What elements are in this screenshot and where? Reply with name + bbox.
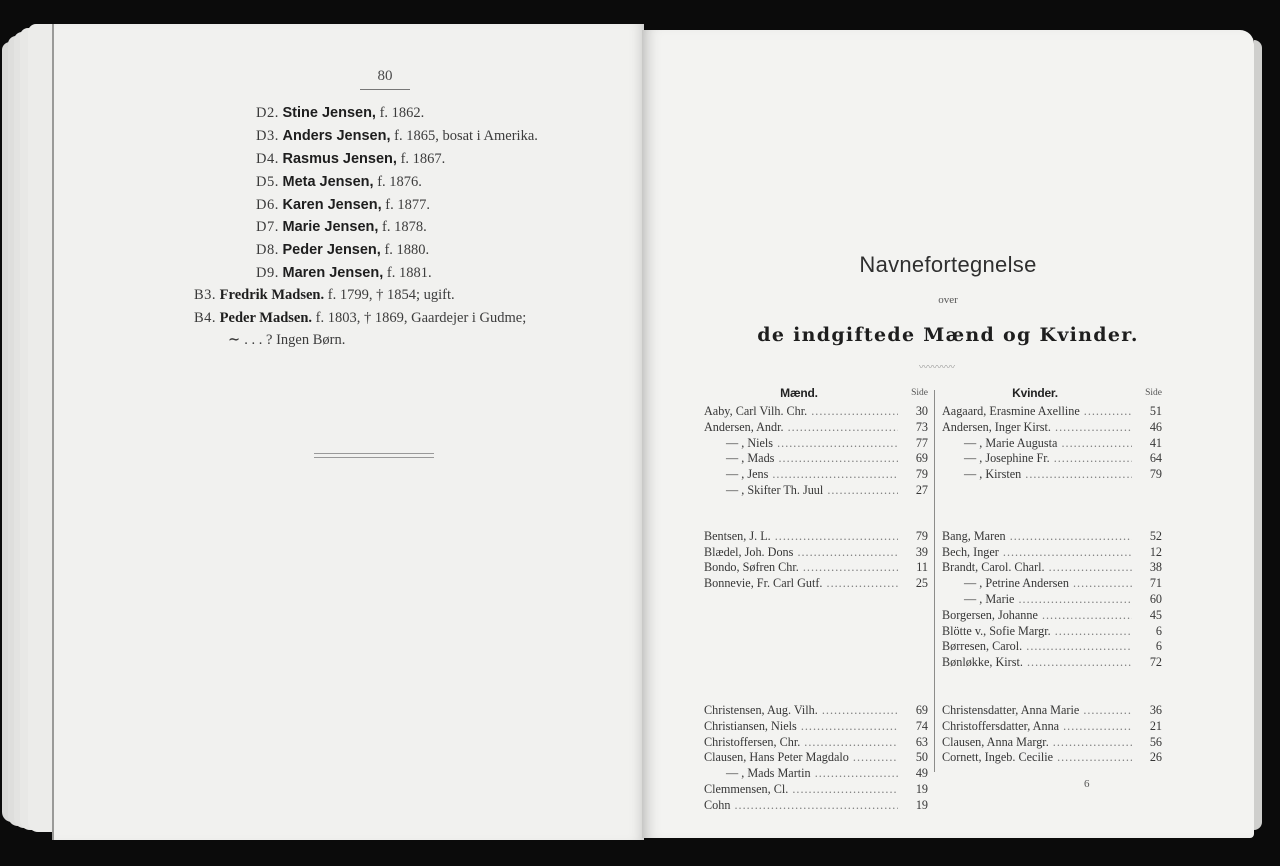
index-row: Christoffersen, Chr.63 (704, 735, 928, 751)
entry-code: D5. (256, 174, 279, 190)
entry-detail: . . . ? Ingen Børn. (241, 332, 346, 348)
index-row: Bonnevie, Fr. Carl Gutf.25 (704, 576, 928, 592)
index-page: 11 (898, 560, 928, 576)
index-page: 21 (1132, 719, 1162, 735)
index-name: Christoffersen, Chr. (704, 735, 898, 751)
index-page: 77 (898, 436, 928, 452)
index-row: — , Jens79 (704, 467, 928, 483)
genealogy-entry: D3. Anders Jensen, f. 1865, bosat i Amer… (256, 127, 538, 145)
index-page: 12 (1132, 545, 1162, 561)
index-name: Bønløkke, Kirst. (942, 655, 1132, 671)
index-name: Clemmensen, Cl. (704, 782, 898, 798)
index-page: 19 (898, 782, 928, 798)
index-page: 69 (898, 703, 928, 719)
index-page: 79 (898, 529, 928, 545)
entry-detail: f. 1881. (383, 265, 431, 281)
index-row: Clemmensen, Cl.19 (704, 782, 928, 798)
index-row: — , Marie60 (942, 592, 1162, 608)
index-row: Clausen, Anna Margr.56 (942, 735, 1162, 751)
index-row: — , Mads Martin49 (704, 766, 928, 782)
index-title-over: over (642, 294, 1254, 306)
entry-code: D8. (256, 242, 279, 258)
index-name: Bondo, Søfren Chr. (704, 560, 898, 576)
entry-name: Rasmus Jensen, (282, 151, 396, 167)
index-page: 41 (1132, 436, 1162, 452)
index-row: — , Josephine Fr.64 (942, 451, 1162, 467)
index-name: — , Marie (942, 592, 1132, 608)
index-row: Aagaard, Erasmine Axelline51 (942, 404, 1162, 420)
index-name: — , Jens (704, 467, 898, 483)
entry-code: D6. (256, 197, 279, 213)
index-name: Bonnevie, Fr. Carl Gutf. (704, 576, 898, 592)
entry-detail: f. 1865, bosat i Amerika. (390, 128, 537, 144)
men-heading: Mænd. (704, 386, 894, 400)
index-row: Bønløkke, Kirst.72 (942, 655, 1162, 671)
index-name: Andersen, Andr. (704, 420, 898, 436)
index-row: Brandt, Carol. Charl.38 (942, 560, 1162, 576)
entry-name: Stine Jensen, (282, 105, 375, 121)
entry-code: B4. (194, 310, 216, 326)
entry-name: Anders Jensen, (282, 128, 390, 144)
index-row: Blötte v., Sofie Margr.6 (942, 624, 1162, 640)
entry-detail: f. 1880. (381, 242, 429, 258)
index-row: — , Mads69 (704, 451, 928, 467)
index-name: Cohn (704, 798, 898, 814)
index-name: — , Kirsten (942, 467, 1132, 483)
index-page: 19 (898, 798, 928, 814)
index-page: 46 (1132, 420, 1162, 436)
genealogy-entry: D8. Peder Jensen, f. 1880. (256, 241, 429, 259)
index-page: 50 (898, 750, 928, 766)
entry-detail: f. 1878. (378, 219, 426, 235)
index-row: Bondo, Søfren Chr.11 (704, 560, 928, 576)
entry-detail: f. 1803, † 1869, Gaardejer i Gudme; (312, 310, 526, 326)
index-name: Blædel, Joh. Dons (704, 545, 898, 561)
index-row: — , Niels77 (704, 436, 928, 452)
index-row: — , Kirsten79 (942, 467, 1162, 483)
index-name: Clausen, Anna Margr. (942, 735, 1132, 751)
genealogy-entry: ∼ . . . ? Ingen Børn. (228, 331, 345, 349)
index-page: 30 (898, 404, 928, 420)
index-name: Christiansen, Niels (704, 719, 898, 735)
column-header: Kvinder. Side (942, 386, 1162, 404)
index-page: 27 (898, 483, 928, 499)
genealogy-entry: D9. Maren Jensen, f. 1881. (256, 264, 432, 282)
index-row: Andersen, Inger Kirst.46 (942, 420, 1162, 436)
index-name: — , Skifter Th. Juul (704, 483, 898, 499)
index-row: Børresen, Carol.6 (942, 639, 1162, 655)
signature-mark: 6 (1084, 778, 1090, 790)
index-page: 51 (1132, 404, 1162, 420)
index-name: Clausen, Hans Peter Magdalo (704, 750, 898, 766)
index-row: — , Petrine Andersen71 (942, 576, 1162, 592)
entry-name: Peder Madsen. (220, 310, 312, 326)
index-name: Bang, Maren (942, 529, 1132, 545)
ornament-rule: 〰〰〰〰 (912, 364, 962, 370)
entry-code: D3. (256, 128, 279, 144)
index-page: 36 (1132, 703, 1162, 719)
column-divider (934, 390, 935, 772)
entry-code: D4. (256, 151, 279, 167)
entry-name: Maren Jensen, (282, 265, 383, 281)
section-divider (314, 453, 434, 458)
page-number: 80 (360, 68, 410, 90)
index-name: — , Petrine Andersen (942, 576, 1132, 592)
married-symbol: ∼ (228, 332, 241, 348)
index-name: Christoffersdatter, Anna (942, 719, 1132, 735)
index-subtitle: de indgiftede Mænd og Kvinder. (642, 324, 1254, 346)
index-page: 79 (898, 467, 928, 483)
entry-code: B3. (194, 287, 216, 303)
index-name: Aagaard, Erasmine Axelline (942, 404, 1132, 420)
men-index-column: Mænd. Side Aaby, Carl Vilh. Chr.30 Ander… (704, 386, 928, 814)
index-page: 79 (1132, 467, 1162, 483)
entry-code: D9. (256, 265, 279, 281)
index-row: Bech, Inger12 (942, 545, 1162, 561)
index-row: Christiansen, Niels74 (704, 719, 928, 735)
index-page: 72 (1132, 655, 1162, 671)
entry-name: Meta Jensen, (282, 174, 373, 190)
index-name: Børresen, Carol. (942, 639, 1132, 655)
entry-detail: f. 1877. (382, 197, 430, 213)
index-page: 52 (1132, 529, 1162, 545)
index-page: 6 (1132, 639, 1162, 655)
entry-name: Karen Jensen, (282, 197, 381, 213)
index-row: Cohn19 (704, 798, 928, 814)
index-page: 38 (1132, 560, 1162, 576)
genealogy-entry: B4. Peder Madsen. f. 1803, † 1869, Gaard… (194, 309, 526, 327)
genealogy-entry: D6. Karen Jensen, f. 1877. (256, 196, 430, 214)
side-label: Side (911, 388, 928, 398)
index-name: Borgersen, Johanne (942, 608, 1132, 624)
index-row: Blædel, Joh. Dons39 (704, 545, 928, 561)
index-name: Cornett, Ingeb. Cecilie (942, 750, 1132, 766)
index-page: 74 (898, 719, 928, 735)
entry-detail: f. 1867. (397, 151, 445, 167)
index-name: — , Josephine Fr. (942, 451, 1132, 467)
index-page: 56 (1132, 735, 1162, 751)
index-page: 45 (1132, 608, 1162, 624)
genealogy-entry: D5. Meta Jensen, f. 1876. (256, 173, 422, 191)
right-page: Navnefortegnelse over de indgiftede Mænd… (642, 30, 1254, 838)
index-page: 63 (898, 735, 928, 751)
genealogy-entry: B3. Fredrik Madsen. f. 1799, † 1854; ugi… (194, 286, 455, 304)
index-page: 73 (898, 420, 928, 436)
index-page: 60 (1132, 592, 1162, 608)
genealogy-entry: D2. Stine Jensen, f. 1862. (256, 104, 424, 122)
index-page: 39 (898, 545, 928, 561)
index-page: 49 (898, 766, 928, 782)
index-row: — , Skifter Th. Juul27 (704, 483, 928, 499)
genealogy-entry: D7. Marie Jensen, f. 1878. (256, 218, 427, 236)
index-title: Navnefortegnelse (642, 252, 1254, 278)
genealogy-entry: D4. Rasmus Jensen, f. 1867. (256, 150, 445, 168)
entry-detail: f. 1799, † 1854; ugift. (324, 287, 455, 303)
entry-code: D2. (256, 105, 279, 121)
index-name: Christensdatter, Anna Marie (942, 703, 1132, 719)
index-row: Aaby, Carl Vilh. Chr.30 (704, 404, 928, 420)
index-name: Christensen, Aug. Vilh. (704, 703, 898, 719)
index-page: 69 (898, 451, 928, 467)
index-row: Christensen, Aug. Vilh.69 (704, 703, 928, 719)
index-row: — , Marie Augusta41 (942, 436, 1162, 452)
entry-code: D7. (256, 219, 279, 235)
index-page: 25 (898, 576, 928, 592)
entry-detail: f. 1876. (374, 174, 422, 190)
index-row: Clausen, Hans Peter Magdalo50 (704, 750, 928, 766)
index-name: — , Mads (704, 451, 898, 467)
index-name: Bech, Inger (942, 545, 1132, 561)
index-name: Blötte v., Sofie Margr. (942, 624, 1132, 640)
index-name: Aaby, Carl Vilh. Chr. (704, 404, 898, 420)
index-name: Brandt, Carol. Charl. (942, 560, 1132, 576)
index-row: Bentsen, J. L.79 (704, 529, 928, 545)
index-row: Cornett, Ingeb. Cecilie26 (942, 750, 1162, 766)
index-page: 64 (1132, 451, 1162, 467)
entry-name: Peder Jensen, (282, 242, 380, 258)
index-name: Bentsen, J. L. (704, 529, 898, 545)
index-page: 6 (1132, 624, 1162, 640)
index-name: — , Mads Martin (704, 766, 898, 782)
entry-name: Marie Jensen, (282, 219, 378, 235)
women-heading: Kvinder. (942, 386, 1128, 400)
index-row: Christoffersdatter, Anna21 (942, 719, 1162, 735)
index-page: 71 (1132, 576, 1162, 592)
left-page: 80 D2. Stine Jensen, f. 1862. D3. Anders… (52, 24, 644, 840)
index-row: Bang, Maren52 (942, 529, 1162, 545)
index-name: — , Niels (704, 436, 898, 452)
side-label: Side (1145, 388, 1162, 398)
index-name: Andersen, Inger Kirst. (942, 420, 1132, 436)
entry-detail: f. 1862. (376, 105, 424, 121)
column-header: Mænd. Side (704, 386, 928, 404)
index-row: Andersen, Andr.73 (704, 420, 928, 436)
index-page: 26 (1132, 750, 1162, 766)
index-row: Borgersen, Johanne45 (942, 608, 1162, 624)
index-row: Christensdatter, Anna Marie36 (942, 703, 1162, 719)
index-name: — , Marie Augusta (942, 436, 1132, 452)
entry-name: Fredrik Madsen. (220, 287, 324, 303)
women-index-column: Kvinder. Side Aagaard, Erasmine Axelline… (942, 386, 1162, 766)
